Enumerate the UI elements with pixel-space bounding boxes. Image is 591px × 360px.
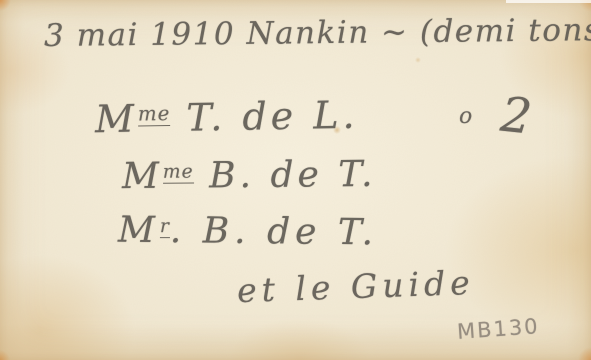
handwritten-name-line-2: Mme B. de T. [122, 157, 377, 195]
name3-initial: M [118, 210, 160, 251]
postcard-verso: 3 mai 1910 Nankin ~ (demi tons) Mme T. d… [0, 0, 591, 360]
catalog-number: MB130 [456, 314, 540, 344]
name3-superscript: r [160, 218, 170, 239]
handwritten-guide-line: et le Guide [236, 266, 475, 307]
name2-rest: B. de T. [194, 154, 377, 197]
scan-edge-artifact [506, 0, 591, 3]
name2-initial: M [122, 156, 163, 197]
handwritten-name-line-3: Mr. B. de T. [118, 213, 378, 252]
name1-rest: T. de L. [170, 93, 359, 140]
name2-superscript: me [163, 163, 194, 184]
name1-initial: M [95, 97, 139, 142]
handwritten-name-line-1: Mme T. de L. [95, 96, 359, 139]
annotation-circle-mark: o [459, 106, 472, 128]
annotation-numeral-mark: 2 [499, 91, 534, 142]
name1-superscript: me [138, 104, 171, 126]
handwritten-date-line: 3 mai 1910 Nankin ~ (demi tons) [44, 15, 591, 52]
name3-rest: . B. de T. [170, 210, 379, 253]
